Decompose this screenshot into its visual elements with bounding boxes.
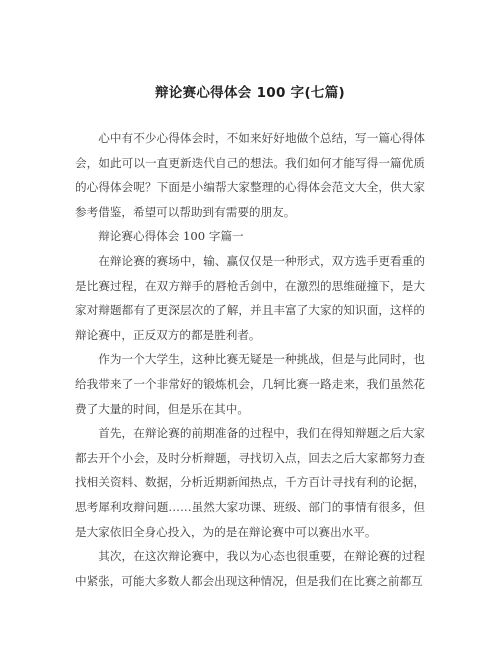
body-paragraph: 其次，在这次辩论赛中，我以为心态也很重要，在辩论赛的过程中紧张，可能大多数人都会… [75, 544, 425, 593]
body-paragraph: 在辩论赛的赛场中，输、赢仅仅是一种形式，双方选手更看重的是比赛过程，在双方辩手的… [75, 249, 425, 347]
intro-paragraph: 心中有不少心得体会时，不如来好好地做个总结，写一篇心得体会，如此可以一直更新迭代… [75, 126, 425, 224]
section-heading: 辩论赛心得体会 100 字篇一 [75, 224, 425, 249]
body-paragraph: 作为一个大学生，这种比赛无疑是一种挑战，但是与此同时，也给我带来了一个非常好的锻… [75, 347, 425, 421]
document-body: 心中有不少心得体会时，不如来好好地做个总结，写一篇心得体会，如此可以一直更新迭代… [75, 126, 425, 593]
document-title: 辩论赛心得体会 100 字(七篇) [0, 81, 500, 101]
body-paragraph: 首先，在辩论赛的前期准备的过程中，我们在得知辩题之后大家都去开个小会，及时分析辩… [75, 421, 425, 544]
document-page: 辩论赛心得体会 100 字(七篇) 心中有不少心得体会时，不如来好好地做个总结，… [0, 0, 500, 647]
